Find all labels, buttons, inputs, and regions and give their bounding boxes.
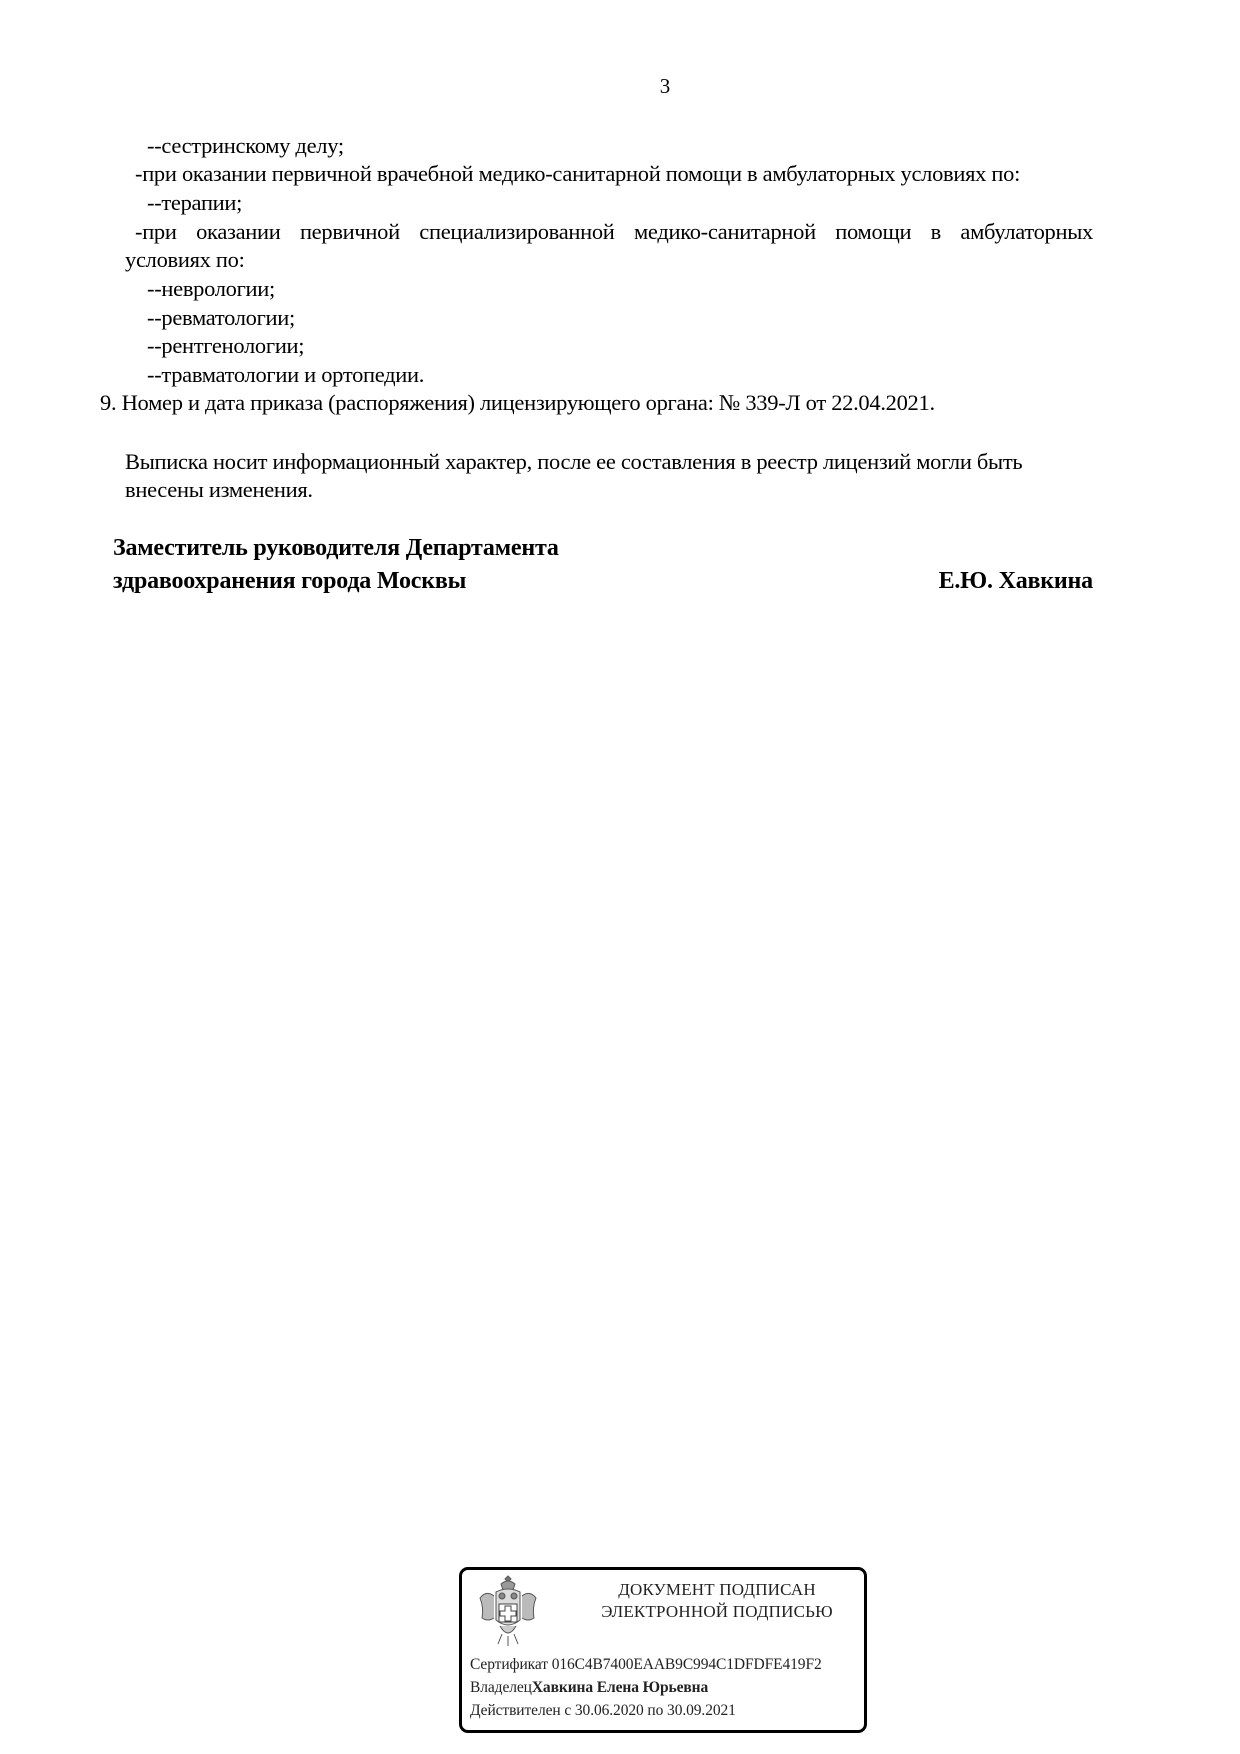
signer-position-line-1: Заместитель руководителя Департамента <box>113 535 559 562</box>
owner-row: ВладелецХавкина Елена Юрьевна <box>470 1679 708 1697</box>
certificate-label: Сертификат <box>470 1656 548 1673</box>
validity-period: Действителен с 30.06.2020 по 30.09.2021 <box>470 1702 736 1720</box>
page-number: 3 <box>0 74 1240 99</box>
signer-name: Е.Ю. Хавкина <box>939 568 1093 595</box>
signer-position-line-2: здравоохранения города Москвы <box>113 568 466 595</box>
disclaimer-line-1: Выписка носит информационный характер, п… <box>125 448 1022 476</box>
stamp-title-line-2: ЭЛЕКТРОННОЙ ПОДПИСЬЮ <box>572 1602 862 1622</box>
list-item-specialized-care-cont: условиях по: <box>125 246 245 274</box>
list-item-specialized-care: -при оказании первичной специализированн… <box>135 218 1093 246</box>
certificate-row: Сертификат 016C4B7400EAAB9C994C1DFDFE419… <box>470 1656 822 1674</box>
stamp-title-line-1: ДОКУМЕНТ ПОДПИСАН <box>572 1580 862 1600</box>
list-item-neurology: --неврологии; <box>147 275 275 303</box>
list-item-rheumatology: --ревматологии; <box>147 304 295 332</box>
list-item-nursing: --сестринскому делу; <box>147 132 344 160</box>
list-item-radiology: --рентгенологии; <box>147 332 304 360</box>
electronic-signature-stamp: ДОКУМЕНТ ПОДПИСАН ЭЛЕКТРОННОЙ ПОДПИСЬЮ С… <box>459 1567 867 1733</box>
list-item-traumatology: --травматологии и ортопедии. <box>147 361 424 389</box>
owner-label: Владелец <box>470 1679 532 1696</box>
list-item-therapy: --терапии; <box>147 189 242 217</box>
order-number-date: 9. Номер и дата приказа (распоряжения) л… <box>100 389 935 417</box>
owner-value: Хавкина Елена Юрьевна <box>532 1679 708 1696</box>
coat-of-arms-emblem-icon <box>474 1574 542 1648</box>
list-item-primary-doctor-care: -при оказании первичной врачебной медико… <box>135 160 1020 188</box>
certificate-value: 016C4B7400EAAB9C994C1DFDFE419F2 <box>552 1656 822 1673</box>
disclaimer-line-2: внесены изменения. <box>125 476 313 504</box>
